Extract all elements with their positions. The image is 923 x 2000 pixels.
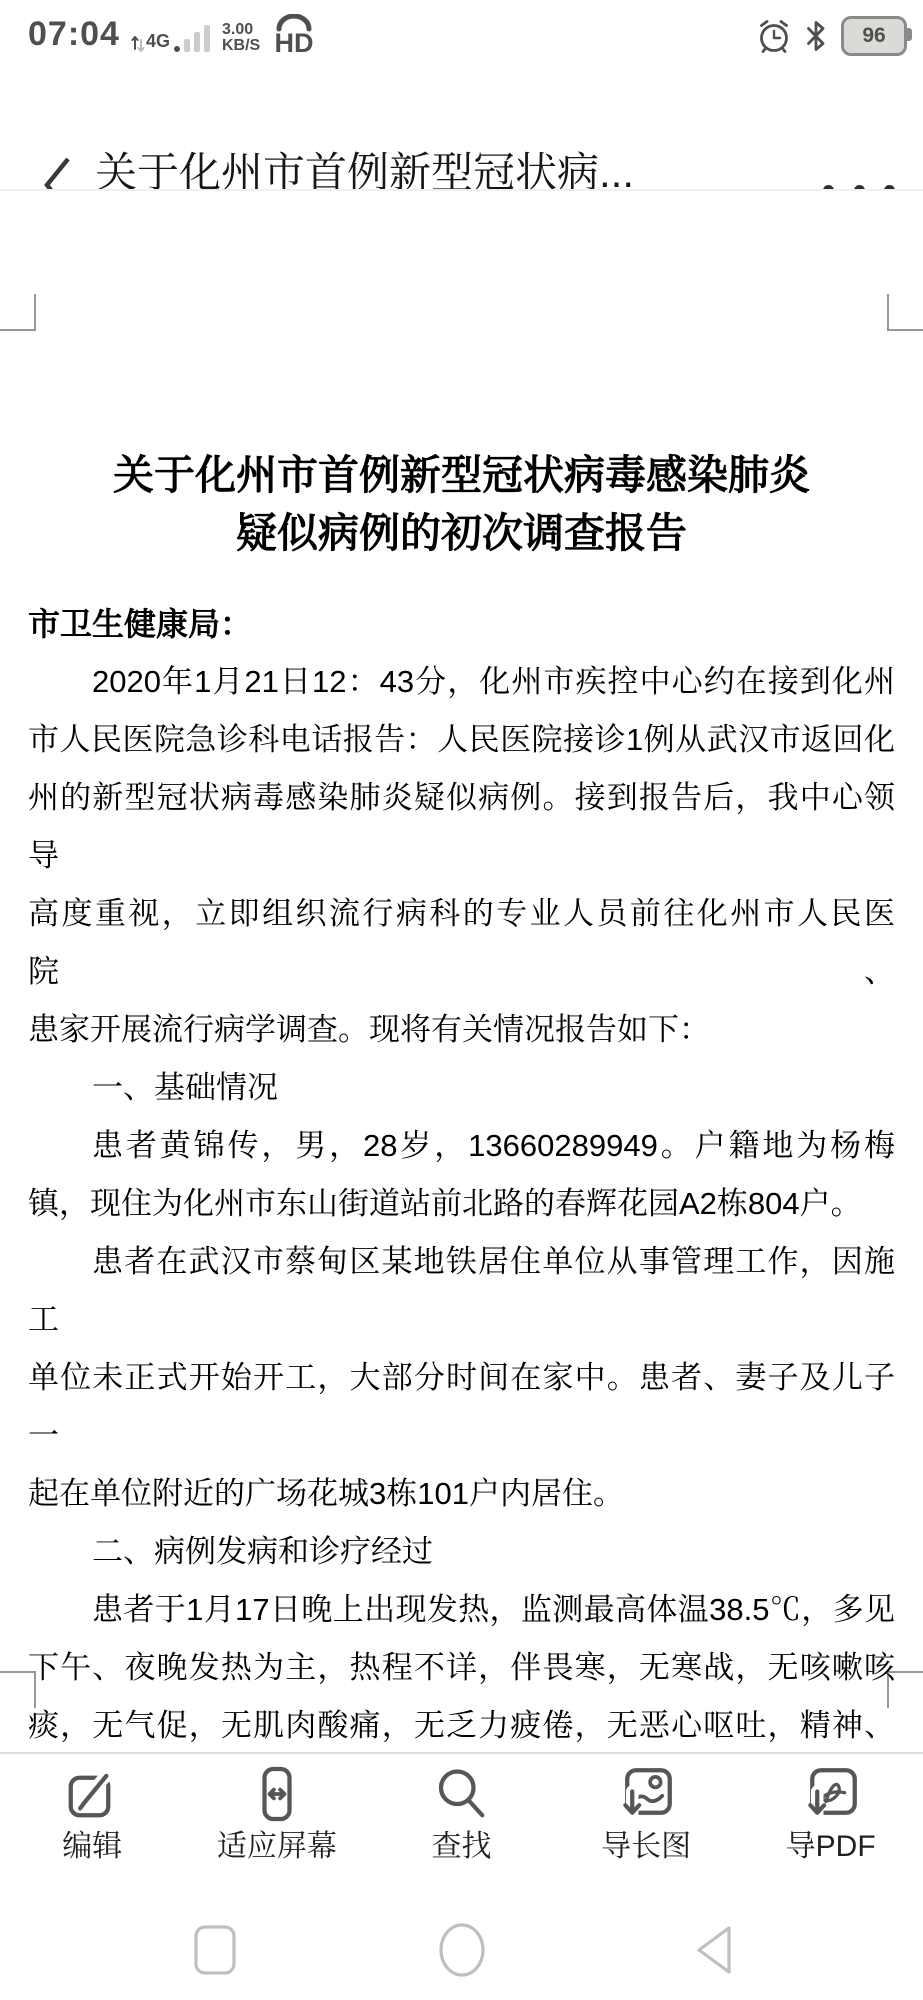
svg-text:HD: HD <box>275 28 314 56</box>
back-nav-button[interactable] <box>655 1900 775 2000</box>
export-long-image-button[interactable]: 导长图 <box>554 1754 739 1900</box>
home-button[interactable] <box>402 1900 522 2000</box>
doc-text-line: 单位未正式开始开工，大部分时间在家中。患者、妻子及儿子一 <box>28 1349 895 1465</box>
doc-text-line: 高度重视，立即组织流行病科的专业人员前往化州市人民医院、 <box>28 885 895 1001</box>
doc-text-line: 患家开展流行病学调查。现将有关情况报告如下： <box>28 1001 895 1059</box>
doc-text-line: 患者在武汉市蔡甸区某地铁居住单位从事管理工作，因施工 <box>28 1233 895 1349</box>
alarm-clock-icon <box>755 16 793 56</box>
volte-hd-icon: HD <box>270 14 318 56</box>
document-title-line2: 疑似病例的初次调查报告 <box>28 504 895 562</box>
document-body: 市卫生健康局：2020年1月21日12：43分，化州市疾控中心约在接到化州市人民… <box>28 595 895 1929</box>
phone-screen: 07:04 4G 3.00 KB/S HD <box>0 0 923 2000</box>
doc-text-line: 2020年1月21日12：43分，化州市疾控中心约在接到化州 <box>28 653 895 711</box>
network-speed: 3.00 KB/S <box>222 22 260 54</box>
speed-value: 3.00 <box>222 22 260 38</box>
back-triangle-icon <box>691 1923 739 1977</box>
recents-square-icon <box>192 1923 238 1977</box>
page-corner-mark <box>887 294 923 331</box>
status-time: 07:04 <box>28 14 120 54</box>
home-circle-icon <box>437 1922 487 1978</box>
doc-text-line: 下午、夜晚发热为主，热程不详，伴畏寒，无寒战，无咳嗽咳 <box>28 1639 895 1697</box>
fit-screen-button[interactable]: 适应屏幕 <box>185 1754 370 1900</box>
doc-text-line: 起在单位附近的广场花城3栋101户内居住。 <box>28 1465 895 1523</box>
status-bar: 07:04 4G 3.00 KB/S HD <box>0 0 923 70</box>
tool-label: 适应屏幕 <box>217 1830 337 1864</box>
status-bar-right: 96 <box>755 16 907 56</box>
document-scroll-area[interactable]: 关于化州市首例新型冠状病毒感染肺炎 疑似病例的初次调查报告 市卫生健康局：202… <box>0 191 923 1752</box>
tool-label: 编辑 <box>62 1830 122 1864</box>
network-arrows-icon <box>130 32 146 52</box>
edit-button[interactable]: 编辑 <box>0 1754 185 1900</box>
battery-percent: 96 <box>862 24 885 48</box>
network-indicator: 4G <box>130 32 170 52</box>
doc-text-line: 市卫生健康局： <box>28 595 895 653</box>
recents-button[interactable] <box>155 1900 275 2000</box>
network-type-label: 4G <box>146 32 170 50</box>
bottom-toolbar: 编辑 适应屏幕 查找 导长图 <box>0 1754 923 1900</box>
tool-label: 查找 <box>431 1830 491 1864</box>
doc-text-line: 患者于1月17日晚上出现发热，监测最高体温38.5℃，多见 <box>28 1581 895 1639</box>
page-corner-mark <box>0 294 36 331</box>
export-pdf-button[interactable]: 导PDF <box>738 1754 923 1900</box>
bluetooth-icon <box>803 18 829 54</box>
doc-text-line: 镇，现住为化州市东山街道站前北路的春辉花园A2栋804户。 <box>28 1175 895 1233</box>
signal-bars-icon <box>172 23 214 53</box>
document-title-line1: 关于化州市首例新型冠状病毒感染肺炎 <box>28 446 895 504</box>
battery-icon: 96 <box>841 16 907 56</box>
search-icon <box>431 1764 491 1824</box>
doc-text-line: 二、病例发病和诊疗经过 <box>28 1523 895 1581</box>
status-bar-left: 07:04 4G 3.00 KB/S HD <box>28 14 318 54</box>
doc-text-line: 州的新型冠状病毒感染肺炎疑似病例。接到报告后，我中心领导 <box>28 769 895 885</box>
app-header: 关于化州市首例新型冠状病... QQ浏览器文件服务 <box>0 70 923 189</box>
fit-screen-icon <box>247 1764 307 1824</box>
edit-icon <box>62 1764 122 1824</box>
tool-label: 导长图 <box>601 1830 691 1864</box>
doc-text-line: 患者黄锦传，男，28岁，13660289949。户籍地为杨梅 <box>28 1117 895 1175</box>
speed-unit: KB/S <box>222 38 260 54</box>
doc-text-line: 市人民医院急诊科电话报告：人民医院接诊1例从武汉市返回化 <box>28 711 895 769</box>
find-button[interactable]: 查找 <box>369 1754 554 1900</box>
export-pdf-icon <box>801 1764 861 1824</box>
doc-text-line: 一、基础情况 <box>28 1059 895 1117</box>
tool-label: 导PDF <box>786 1830 876 1864</box>
document-title: 关于化州市首例新型冠状病毒感染肺炎 疑似病例的初次调查报告 <box>28 446 895 562</box>
export-long-image-icon <box>616 1764 676 1824</box>
android-nav-bar <box>0 1900 923 2000</box>
